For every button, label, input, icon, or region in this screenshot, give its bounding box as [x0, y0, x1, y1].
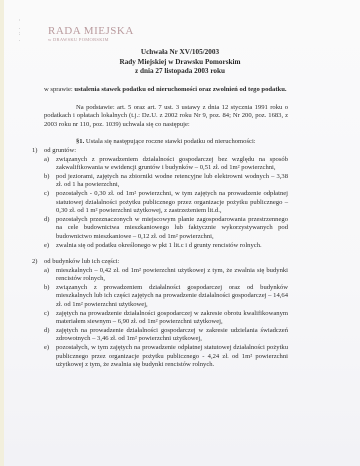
- list-item: e)zwalnia się od podatku określonego w p…: [44, 242, 288, 251]
- legal-basis: Na podstawie: art. 5 oraz art. 7 ust. 3 …: [44, 104, 288, 130]
- item-label: a): [44, 267, 56, 284]
- resolution-date: z dnia 27 listopada 2003 roku: [0, 67, 360, 77]
- item-text: związanych z prowadzeniem działalności g…: [56, 284, 288, 310]
- item-text: zajętych na prowadzenie działalności gos…: [56, 310, 288, 327]
- item-text: związanych z prowadzeniem działalności g…: [56, 156, 288, 173]
- item-label: b): [44, 173, 56, 190]
- subject: w sprawie: ustalenia stawek podatku od n…: [44, 86, 288, 95]
- item-text: zajętych na prowadzenie działalności gos…: [56, 327, 288, 344]
- section-1: §1. Ustala się następujące roczne stawki…: [44, 138, 288, 147]
- section-label: §1.: [76, 138, 84, 145]
- stamp-line-2: w DRAWSKU POMORSKIM: [48, 37, 134, 43]
- item-label: e): [44, 344, 56, 370]
- item-text: mieszkalnych – 0,42 zł. od 1m² powierzch…: [56, 267, 288, 284]
- point-title: od budynków lub ich części:: [44, 258, 119, 267]
- item-text: pod jeziorami, zajętych na zbiorniki wod…: [56, 173, 288, 190]
- point-number: 1): [32, 147, 44, 156]
- item-text: zwalnia się od podatku określonego w pkt…: [56, 242, 288, 251]
- item-label: c): [44, 310, 56, 327]
- list-item: d)pozostałych przeznaczonych w miejscowy…: [44, 216, 288, 242]
- list-item: c)pozostałych - 0,30 zł. od 1m² powierzc…: [44, 190, 288, 216]
- list-item: e)pozostałych, w tym zajętych na prowadz…: [44, 344, 288, 370]
- point-2: 2)od budynków lub ich części: a)mieszkal…: [44, 258, 288, 370]
- item-text: pozostałych, w tym zajętych na prowadzen…: [56, 344, 288, 370]
- list-item: c)zajętych na prowadzenie działalności g…: [44, 310, 288, 327]
- document-body: w sprawie: ustalenia stawek podatku od n…: [44, 86, 288, 370]
- item-label: d): [44, 216, 56, 242]
- margin-marks: ' . : .: [19, 20, 23, 44]
- list-item: b)związanych z prowadzeniem działalności…: [44, 284, 288, 310]
- document-title: Uchwała Nr XV/105/2003 Rady Miejskiej w …: [0, 48, 360, 77]
- point-1: 1)od gruntów: a)związanych z prowadzenie…: [44, 147, 288, 250]
- item-label: d): [44, 327, 56, 344]
- list-item: a)mieszkalnych – 0,42 zł. od 1m² powierz…: [44, 267, 288, 284]
- subject-prefix: w sprawie:: [44, 86, 74, 93]
- item-text: pozostałych - 0,30 zł. od 1m² powierzchn…: [56, 190, 288, 216]
- resolution-number: Uchwała Nr XV/105/2003: [0, 48, 360, 58]
- stamp-line-1: RADA MIEJSKA: [48, 26, 134, 37]
- list-item: a)związanych z prowadzeniem działalności…: [44, 156, 288, 173]
- subject-text: ustalenia stawek podatku od nieruchomośc…: [74, 86, 286, 93]
- list-item: b)pod jeziorami, zajętych na zbiorniki w…: [44, 173, 288, 190]
- section-text: Ustala się następujące roczne stawki pod…: [84, 138, 255, 145]
- item-label: a): [44, 156, 56, 173]
- list-item: d)zajętych na prowadzenie działalności g…: [44, 327, 288, 344]
- point-title: od gruntów:: [44, 147, 76, 156]
- council-name: Rady Miejskiej w Drawsku Pomorskim: [0, 58, 360, 68]
- item-label: c): [44, 190, 56, 216]
- item-label: b): [44, 284, 56, 310]
- item-text: pozostałych przeznaczonych w miejscowym …: [56, 216, 288, 242]
- margin-mark: .: [19, 38, 23, 44]
- point-number: 2): [32, 258, 44, 267]
- council-stamp: RADA MIEJSKA w DRAWSKU POMORSKIM: [48, 26, 134, 43]
- item-label: e): [44, 242, 56, 251]
